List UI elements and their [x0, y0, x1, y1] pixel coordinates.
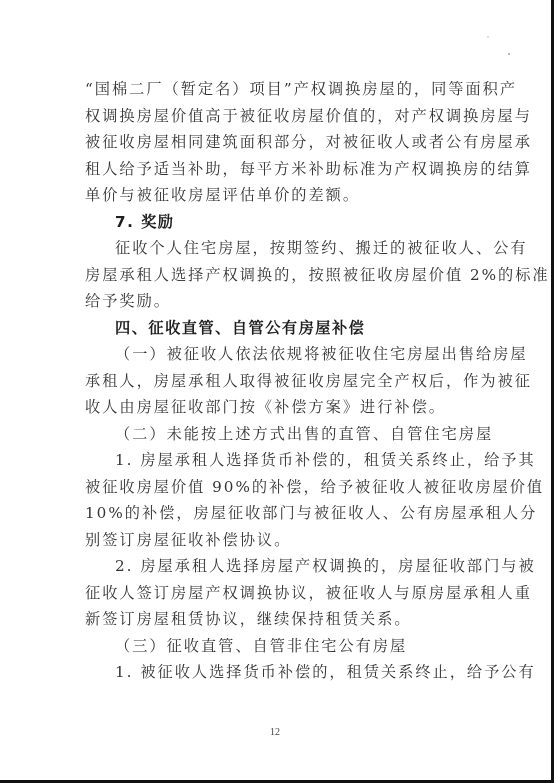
section-heading-public-housing: 四、征收直管、自管公有房屋补偿 [85, 315, 467, 342]
paragraph-line: 征收个人住宅房屋，按期签约、搬迁的被征收人、公有 [85, 235, 467, 262]
paragraph-line: “国棉二厂（暂定名）项目”产权调换房屋的，同等面积产 [85, 76, 467, 103]
scan-speck [508, 53, 510, 55]
paragraph-line: 2. 房屋承租人选择房屋产权调换的，房屋征收部门与被 [85, 553, 467, 580]
paragraph-line: （二）未能按上述方式出售的直管、自管住宅房屋 [85, 421, 467, 448]
scan-speck [487, 36, 489, 38]
paragraph-line: 承租人，房屋承租人取得被征收房屋完全产权后，作为被征 [85, 368, 467, 395]
paragraph-line: 单价与被征收房屋评估单价的差额。 [85, 182, 467, 209]
paragraph-line: （三）征收直管、自管非住宅公有房屋 [85, 633, 467, 660]
paragraph-line: 征收人签订房屋产权调换协议，被征收人与原房屋承租人重 [85, 580, 467, 607]
paragraph-line: 租人给予适当补助，每平方米补助标准为产权调换房的结算 [85, 156, 467, 183]
page-number: 12 [265, 727, 285, 738]
paragraph-line: 被征收房屋价值 90%的补偿，给予被征收人被征收房屋价值 [85, 474, 467, 501]
paragraph-line: 1. 被征收人选择货币补偿的，租赁关系终止，给予公有 [85, 659, 467, 686]
document-body: “国棉二厂（暂定名）项目”产权调换房屋的，同等面积产 权调换房屋价值高于被征收房… [85, 76, 467, 686]
paragraph-line: 新签订房屋租赁协议，继续保持租赁关系。 [85, 606, 467, 633]
paragraph-line: 10%的补偿，房屋征收部门与被征收人、公有房屋承租人分 [85, 500, 467, 527]
paragraph-line: 别签订房屋征收补偿协议。 [85, 527, 467, 554]
section-subheading-reward: 7. 奖励 [85, 209, 467, 236]
paragraph-line: 房屋承租人选择产权调换的，按照被征收房屋价值 2%的标准 [85, 262, 467, 289]
paragraph-line: 权调换房屋价值高于被征收房屋价值的，对产权调换房屋与 [85, 103, 467, 130]
document-page: “国棉二厂（暂定名）项目”产权调换房屋的，同等面积产 权调换房屋价值高于被征收房… [0, 0, 554, 783]
paragraph-line: 收人由房屋征收部门按《补偿方案》进行补偿。 [85, 394, 467, 421]
paragraph-line: 给予奖励。 [85, 288, 467, 315]
paragraph-line: （一）被征收人依法依规将被征收住宅房屋出售给房屋 [85, 341, 467, 368]
paragraph-line: 被征收房屋相同建筑面积部分，对被征收人或者公有房屋承 [85, 129, 467, 156]
paragraph-line: 1. 房屋承租人选择货币补偿的，租赁关系终止，给予其 [85, 447, 467, 474]
